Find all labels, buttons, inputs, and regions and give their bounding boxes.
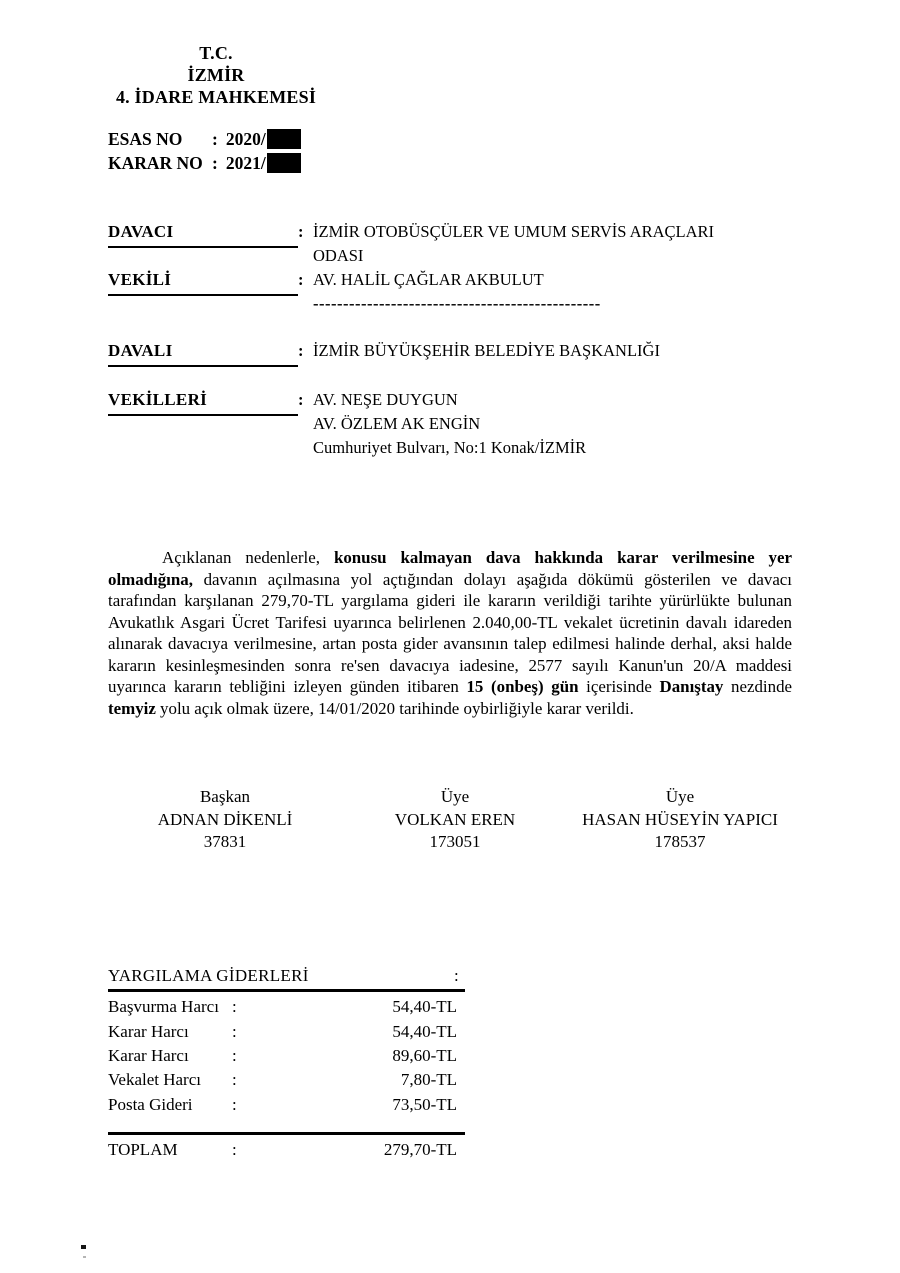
scan-artifact-dot — [81, 1245, 86, 1249]
redaction-box — [267, 129, 301, 149]
signature-role: Üye — [552, 786, 808, 809]
court-decision-document: T.C. İZMİR 4. İDARE MAHKEMESİ ESAS NO : … — [0, 0, 900, 1273]
party-value-line: AV. HALİL ÇAĞLAR AKBULUT — [313, 268, 798, 292]
case-number-row-esas: ESAS NO : 2020/ — [108, 127, 301, 151]
court-header: T.C. İZMİR 4. İDARE MAHKEMESİ — [105, 42, 327, 108]
decision-text: Açıklanan nedenlerle, — [162, 548, 334, 567]
signature-number: 173051 — [342, 831, 568, 854]
case-numbers: ESAS NO : 2020/ KARAR NO : 2021/ — [108, 127, 301, 175]
party-row-davaci: DAVACI : İZMİR OTOBÜSÇÜLER VE UMUM SERVİ… — [108, 220, 798, 268]
total-row: TOPLAM : 279,70-TL — [108, 1132, 465, 1160]
party-label: DAVACI — [108, 220, 298, 248]
signature-role: Üye — [342, 786, 568, 809]
cost-label: Karar Harcı — [108, 1046, 232, 1066]
cost-amount: 54,40-TL — [392, 997, 457, 1017]
esas-no-colon: : — [212, 129, 218, 150]
party-row-vekili: VEKİLİ : AV. HALİL ÇAĞLAR AKBULUT ------… — [108, 268, 798, 316]
party-value-line: İZMİR OTOBÜSÇÜLER VE UMUM SERVİS ARAÇLAR… — [313, 220, 798, 244]
cost-amount: 54,40-TL — [392, 1022, 457, 1042]
court-name: 4. İDARE MAHKEMESİ — [105, 86, 327, 108]
signature-block-uye-1: Üye VOLKAN EREN 173051 — [342, 786, 568, 854]
cost-row: Karar Harcı:54,40-TL — [108, 1019, 465, 1043]
signature-role: Başkan — [112, 786, 338, 809]
cost-colon: : — [232, 1095, 237, 1115]
decision-text: içerisinde — [579, 677, 660, 696]
costs-table-title-colon: : — [454, 966, 459, 986]
party-colon: : — [298, 339, 313, 363]
signature-block-uye-2: Üye HASAN HÜSEYİN YAPICI 178537 — [552, 786, 808, 854]
costs-rows: Başvurma Harcı:54,40-TLKarar Harcı:54,40… — [108, 992, 465, 1117]
party-value-line: AV. NEŞE DUYGUN — [313, 388, 798, 412]
cost-row: Karar Harcı:89,60-TL — [108, 1044, 465, 1068]
party-value-line: İZMİR BÜYÜKŞEHİR BELEDİYE BAŞKANLIĞI — [313, 339, 798, 363]
esas-no-value: 2020/ — [226, 129, 266, 150]
costs-table: YARGILAMA GİDERLERİ : Başvurma Harcı:54,… — [108, 966, 465, 1160]
party-colon: : — [298, 220, 313, 244]
decision-text: nezdinde — [723, 677, 792, 696]
cost-amount: 7,80-TL — [401, 1070, 457, 1090]
republic-label: T.C. — [105, 42, 327, 64]
party-colon: : — [298, 388, 313, 412]
party-value: AV. NEŞE DUYGUN AV. ÖZLEM AK ENGİN Cumhu… — [313, 388, 798, 460]
esas-no-label: ESAS NO — [108, 129, 212, 150]
cost-row: Başvurma Harcı:54,40-TL — [108, 995, 465, 1019]
cost-amount: 89,60-TL — [392, 1046, 457, 1066]
dashed-separator: ----------------------------------------… — [313, 292, 798, 316]
signature-number: 37831 — [112, 831, 338, 854]
party-value-line: Cumhuriyet Bulvarı, No:1 Konak/İZMİR — [313, 436, 798, 460]
party-label: DAVALI — [108, 339, 298, 367]
party-value: İZMİR OTOBÜSÇÜLER VE UMUM SERVİS ARAÇLAR… — [313, 220, 798, 268]
party-row-davali: DAVALI : İZMİR BÜYÜKŞEHİR BELEDİYE BAŞKA… — [108, 339, 798, 367]
party-value: İZMİR BÜYÜKŞEHİR BELEDİYE BAŞKANLIĞI — [313, 339, 798, 363]
karar-no-colon: : — [212, 153, 218, 174]
karar-no-value: 2021/ — [226, 153, 266, 174]
costs-table-header: YARGILAMA GİDERLERİ : — [108, 966, 465, 992]
city-label: İZMİR — [105, 64, 327, 86]
party-label: VEKİLİ — [108, 268, 298, 296]
karar-no-label: KARAR NO — [108, 153, 212, 174]
cost-colon: : — [232, 1022, 237, 1042]
cost-amount: 73,50-TL — [392, 1095, 457, 1115]
cost-label: Karar Harcı — [108, 1022, 232, 1042]
party-row-vekilleri: VEKİLLERİ : AV. NEŞE DUYGUN AV. ÖZLEM AK… — [108, 388, 798, 460]
party-value-line: AV. ÖZLEM AK ENGİN — [313, 412, 798, 436]
total-colon: : — [232, 1140, 237, 1160]
total-amount: 279,70-TL — [384, 1140, 457, 1160]
decision-text: yolu açık olmak üzere, 14/01/2020 tarihi… — [156, 699, 634, 718]
decision-bold-text: 15 (onbeş) gün — [466, 677, 578, 696]
cost-colon: : — [232, 1046, 237, 1066]
scan-artifact-dot — [83, 1256, 86, 1258]
party-label: VEKİLLERİ — [108, 388, 298, 416]
signature-name: HASAN HÜSEYİN YAPICI — [552, 809, 808, 832]
decision-paragraph: Açıklanan nedenlerle, konusu kalmayan da… — [108, 547, 792, 719]
party-colon: : — [298, 268, 313, 292]
party-value: AV. HALİL ÇAĞLAR AKBULUT ---------------… — [313, 268, 798, 316]
decision-bold-text: temyiz — [108, 699, 156, 718]
cost-colon: : — [232, 997, 237, 1017]
signature-name: VOLKAN EREN — [342, 809, 568, 832]
signature-name: ADNAN DİKENLİ — [112, 809, 338, 832]
costs-table-title: YARGILAMA GİDERLERİ — [108, 966, 309, 986]
decision-bold-text: Danıştay — [660, 677, 724, 696]
party-value-line: ODASI — [313, 244, 798, 268]
cost-row: Posta Gideri:73,50-TL — [108, 1093, 465, 1117]
total-label: TOPLAM — [108, 1140, 232, 1160]
signature-number: 178537 — [552, 831, 808, 854]
signature-block-baskan: Başkan ADNAN DİKENLİ 37831 — [112, 786, 338, 854]
case-number-row-karar: KARAR NO : 2021/ — [108, 151, 301, 175]
redaction-box — [267, 153, 301, 173]
cost-label: Başvurma Harcı — [108, 997, 232, 1017]
cost-label: Posta Gideri — [108, 1095, 232, 1115]
cost-colon: : — [232, 1070, 237, 1090]
cost-row: Vekalet Harcı:7,80-TL — [108, 1068, 465, 1092]
cost-label: Vekalet Harcı — [108, 1070, 232, 1090]
